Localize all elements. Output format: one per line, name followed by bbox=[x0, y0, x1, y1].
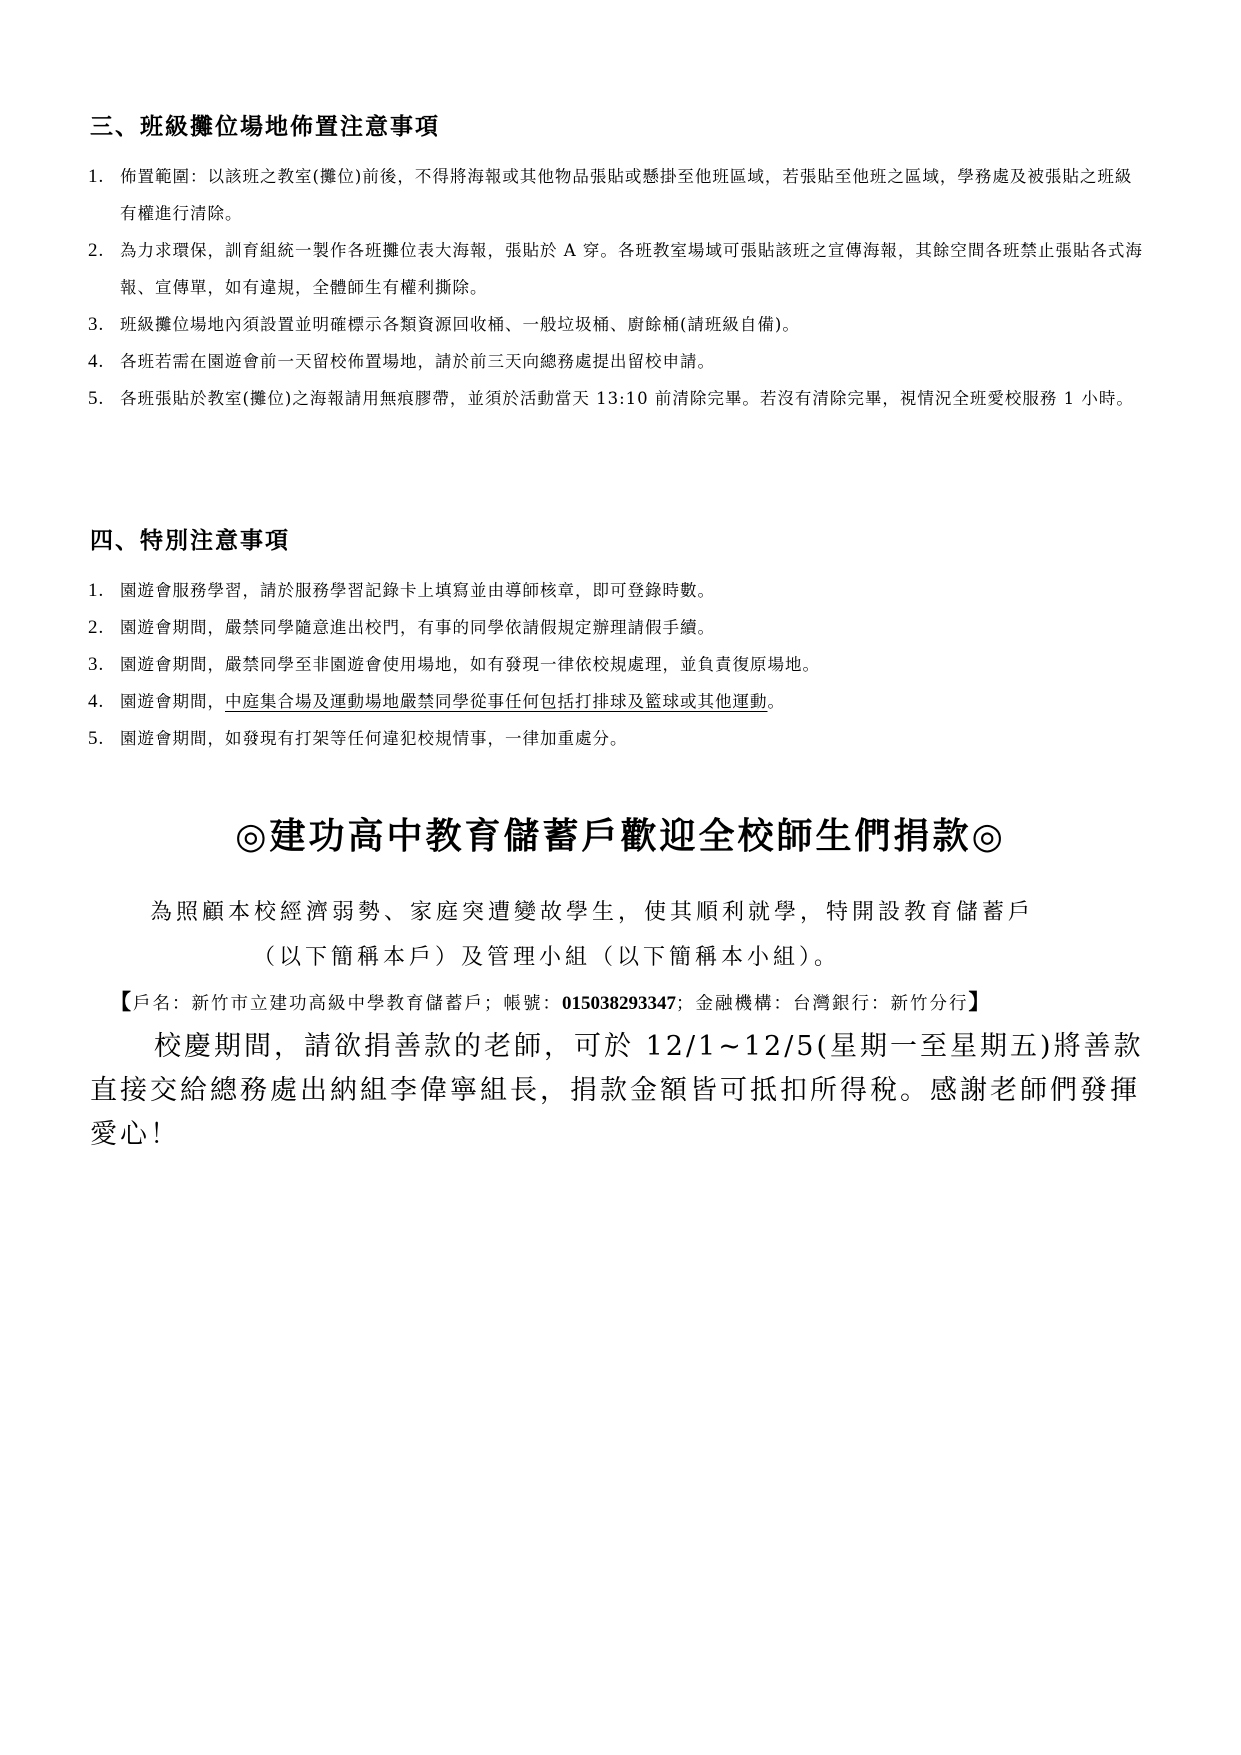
open-bracket: 【 bbox=[110, 989, 133, 1014]
list-item: 5.園遊會期間，如發現有打架等任何違犯校規情事，一律加重處分。 bbox=[88, 720, 1148, 757]
bank-info: ；金融機構：台灣銀行：新竹分行 bbox=[676, 994, 969, 1014]
section-4-list: 1.園遊會服務學習，請於服務學習記錄卡上填寫並由導師核章，即可登錄時數。 2.園… bbox=[88, 572, 1148, 757]
item-text: 園遊會服務學習，請於服務學習記錄卡上填寫並由導師核章，即可登錄時數。 bbox=[120, 581, 715, 600]
item-text: 為力求環保，訓育組統一製作各班攤位表大海報，張貼於 A 穿。各班教室場域可張貼該… bbox=[120, 241, 1143, 297]
item-text: 班級攤位場地內須設置並明確標示各類資源回收桶、一般垃圾桶、廚餘桶(請班級自備)。 bbox=[120, 315, 800, 334]
list-item: 1.佈置範圍：以該班之教室(攤位)前後，不得將海報或其他物品張貼或懸掛至他班區域… bbox=[88, 158, 1148, 232]
item-text: 各班若需在園遊會前一天留校佈置場地，請於前三天向總務處提出留校申請。 bbox=[120, 352, 715, 371]
item-number: 1. bbox=[88, 158, 104, 195]
list-item: 1.園遊會服務學習，請於服務學習記錄卡上填寫並由導師核章，即可登錄時數。 bbox=[88, 572, 1148, 609]
item-number: 3. bbox=[88, 646, 104, 683]
item-number: 5. bbox=[88, 380, 104, 417]
donation-intro-line-2: （以下簡稱本戶）及管理小組（以下簡稱本小組）。 bbox=[253, 940, 1241, 971]
item-number: 4. bbox=[88, 343, 104, 380]
account-name-label: 戶名：新竹市立建功高級中學教育儲蓄戶；帳號： bbox=[133, 994, 562, 1014]
donation-title: ◎建功高中教育儲蓄戶歡迎全校師生們捐款◎ bbox=[0, 808, 1241, 859]
item-text: 園遊會期間，嚴禁同學至非園遊會使用場地，如有發現一律依校規處理，並負責復原場地。 bbox=[120, 655, 820, 674]
item-number: 3. bbox=[88, 306, 104, 343]
list-item: 3.園遊會期間，嚴禁同學至非園遊會使用場地，如有發現一律依校規處理，並負責復原場… bbox=[88, 646, 1148, 683]
item-text: 園遊會期間，如發現有打架等任何違犯校規情事，一律加重處分。 bbox=[120, 729, 628, 748]
list-item: 2.為力求環保，訓育組統一製作各班攤位表大海報，張貼於 A 穿。各班教室場域可張… bbox=[88, 232, 1148, 306]
closing-paragraph: 校慶期間，請欲捐善款的老師，可於 12/1~12/5(星期一至星期五)將善款直接… bbox=[90, 1025, 1160, 1157]
underlined-warning: 中庭集合場及運動場地嚴禁同學從事任何包括打排球及籃球或其他運動 bbox=[225, 692, 768, 711]
closing-text: 校慶期間，請欲捐善款的老師，可於 12/1~12/5(星期一至星期五)將善款直接… bbox=[90, 1031, 1144, 1150]
item-text-suffix: 。 bbox=[768, 692, 786, 711]
section-3-list: 1.佈置範圍：以該班之教室(攤位)前後，不得將海報或其他物品張貼或懸掛至他班區域… bbox=[88, 158, 1148, 417]
list-item: 4.各班若需在園遊會前一天留校佈置場地，請於前三天向總務處提出留校申請。 bbox=[88, 343, 1148, 380]
document-page: 三、班級攤位場地佈置注意事項 1.佈置範圍：以該班之教室(攤位)前後，不得將海報… bbox=[0, 0, 1241, 1755]
account-number: 015038293347 bbox=[562, 993, 676, 1014]
list-item: 3.班級攤位場地內須設置並明確標示各類資源回收桶、一般垃圾桶、廚餘桶(請班級自備… bbox=[88, 306, 1148, 343]
section-3-title: 三、班級攤位場地佈置注意事項 bbox=[90, 108, 440, 141]
close-bracket: 】 bbox=[969, 989, 992, 1014]
list-item: 2.園遊會期間，嚴禁同學隨意進出校門，有事的同學依請假規定辦理請假手續。 bbox=[88, 609, 1148, 646]
item-number: 4. bbox=[88, 683, 104, 720]
donation-intro-line-1: 為照顧本校經濟弱勢、家庭突遭變故學生，使其順利就學，特開設教育儲蓄戶 bbox=[150, 895, 1210, 926]
list-item: 5.各班張貼於教室(攤位)之海報請用無痕膠帶，並須於活動當天 13:10 前清除… bbox=[88, 380, 1148, 417]
item-number: 2. bbox=[88, 609, 104, 646]
item-text: 園遊會期間，嚴禁同學隨意進出校門，有事的同學依請假規定辦理請假手續。 bbox=[120, 618, 715, 637]
item-number: 5. bbox=[88, 720, 104, 757]
item-text: 各班張貼於教室(攤位)之海報請用無痕膠帶，並須於活動當天 13:10 前清除完畢… bbox=[120, 389, 1134, 408]
list-item: 4.園遊會期間，中庭集合場及運動場地嚴禁同學從事任何包括打排球及籃球或其他運動。 bbox=[88, 683, 1148, 720]
item-text: 佈置範圍：以該班之教室(攤位)前後，不得將海報或其他物品張貼或懸掛至他班區域，若… bbox=[120, 167, 1132, 223]
account-info: 【戶名：新竹市立建功高級中學教育儲蓄戶；帳號：015038293347；金融機構… bbox=[110, 986, 992, 1016]
item-number: 2. bbox=[88, 232, 104, 269]
item-text-prefix: 園遊會期間， bbox=[120, 692, 225, 711]
section-4-title: 四、特別注意事項 bbox=[90, 522, 290, 555]
item-number: 1. bbox=[88, 572, 104, 609]
